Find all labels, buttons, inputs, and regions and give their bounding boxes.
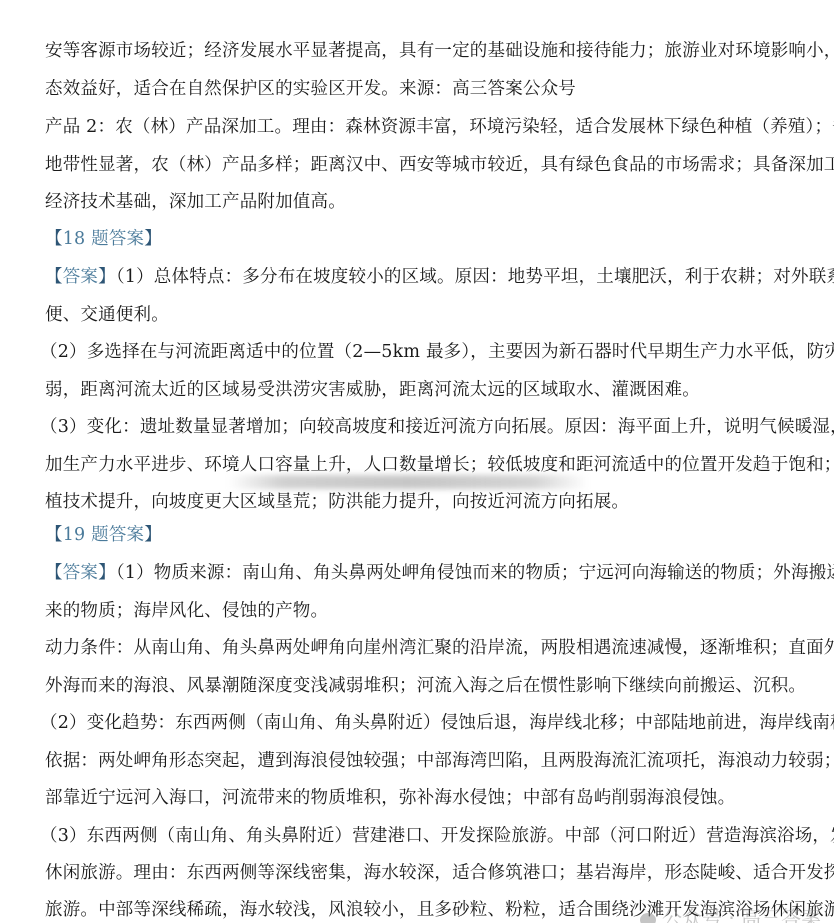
q19-heading-text: 19 题答案 bbox=[63, 525, 145, 545]
paragraph-line: 安等客源市场较近；经济发展水平显著提高，具有一定的基础设施和接待能力；旅游业对环… bbox=[45, 40, 834, 62]
answer-text: （1）总体特点：多分布在坡度较小的区域。原因：地势平坦，土壤肥沃，利于农耕；对外… bbox=[116, 267, 834, 287]
q19-answer-line: 【答案】（1）物质来源：南山角、角头鼻两处岬角侵蚀而来的物质；宁远河向海输送的物… bbox=[45, 562, 834, 584]
bracket-close: 】 bbox=[144, 229, 162, 249]
paragraph-line: 动力条件：从南山角、角头鼻两处岬角向崖州湾汇聚的沿岸流，两股相遇流速减慢，逐渐堆… bbox=[45, 637, 834, 659]
answer-text: （1）物质来源：南山角、角头鼻两处岬角侵蚀而来的物质；宁远河向海输送的物质；外海… bbox=[116, 563, 834, 583]
paragraph-line: （3）变化：遗址数量显著增加；向较高坡度和接近河流方向拓展。原因：海平面上升，说… bbox=[40, 416, 834, 438]
bracket-close: 】 bbox=[98, 563, 116, 583]
q18-answer-line: 【答案】（1）总体特点：多分布在坡度较小的区域。原因：地势平坦，土壤肥沃，利于农… bbox=[45, 266, 834, 288]
bracket-close: 】 bbox=[98, 267, 116, 287]
paragraph-line: （2）变化趋势：东西两侧（南山角、角头鼻附近）侵蚀后退，海岸线北移；中部陆地前进… bbox=[40, 712, 834, 734]
watermark: 公众号 · 高三答案 bbox=[640, 902, 821, 923]
paragraph-line: 依据：两处岬角形态突起，遭到海浪侵蚀较强；中部海湾凹陷，且两股海流汇流项托，海浪… bbox=[45, 750, 834, 772]
paragraph-line: 弱，距离河流太近的区域易受洪涝灾害威胁，距离河流太远的区域取水、灌溉困难。 bbox=[45, 379, 700, 401]
paragraph-line: 态效益好，适合在自然保护区的实验区开发。来源：高三答案公众号 bbox=[45, 78, 576, 100]
paragraph-line: 休闲旅游。理由：东西两侧等深线密集，海水较深，适合修筑港口；基岩海岸，形态陡峻、… bbox=[45, 862, 834, 884]
bracket-open: 【 bbox=[45, 563, 63, 583]
paragraph-line: 地带性显著，农（林）产品多样；距离汉中、西安等城市较近，具有绿色食品的市场需求；… bbox=[45, 154, 834, 176]
bracket-open: 【 bbox=[45, 525, 63, 545]
paragraph-line: 部靠近宁远河入海口，河流带来的物质堆积，弥补海水侵蚀；中部有岛屿削弱海浪侵蚀。 bbox=[45, 787, 735, 809]
bracket-open: 【 bbox=[45, 267, 63, 287]
answer-label: 答案 bbox=[63, 267, 98, 287]
bracket-close: 】 bbox=[144, 525, 162, 545]
paragraph-line: 便、交通便利。 bbox=[45, 304, 169, 326]
paragraph-line: 植技术提升，向坡度更大区域垦荒；防洪能力提升，向按近河流方向拓展。 bbox=[45, 491, 629, 513]
paragraph-line: 来的物质；海岸风化、侵蚀的产物。 bbox=[45, 600, 328, 622]
smudge-artifact bbox=[228, 475, 588, 489]
paragraph-line: 经济技术基础，深加工产品附加值高。 bbox=[45, 191, 346, 213]
document-page: 安等客源市场较近；经济发展水平显著提高，具有一定的基础设施和接待能力；旅游业对环… bbox=[0, 0, 834, 923]
paragraph-line: 外海而来的海浪、风暴潮随深度变浅减弱堆积；河流入海之后在惯性影响下继续向前搬运、… bbox=[45, 675, 806, 697]
watermark-text: 公众号 · 高三答案 bbox=[662, 906, 821, 923]
wechat-icon bbox=[640, 913, 656, 923]
q18-heading-text: 18 题答案 bbox=[63, 229, 145, 249]
paragraph-line: （2）多选择在与河流距离适中的位置（2—5km 最多），主要因为新石器时代早期生… bbox=[40, 341, 834, 363]
q19-heading: 【19 题答案】 bbox=[45, 524, 162, 546]
q18-heading: 【18 题答案】 bbox=[45, 228, 162, 250]
paragraph-line: 加生产力水平进步、环境人口容量上升，人口数量增长；较低坡度和距河流适中的位置开发… bbox=[45, 454, 834, 476]
answer-label: 答案 bbox=[63, 563, 98, 583]
bracket-open: 【 bbox=[45, 229, 63, 249]
paragraph-line: （3）东西两侧（南山角、角头鼻附近）营建港口、开发探险旅游。中部（河口附近）营造… bbox=[40, 825, 834, 847]
paragraph-line: 产品 2：农（林）产品深加工。理由：森林资源丰富，环境污染轻，适合发展林下绿色种… bbox=[45, 116, 834, 138]
